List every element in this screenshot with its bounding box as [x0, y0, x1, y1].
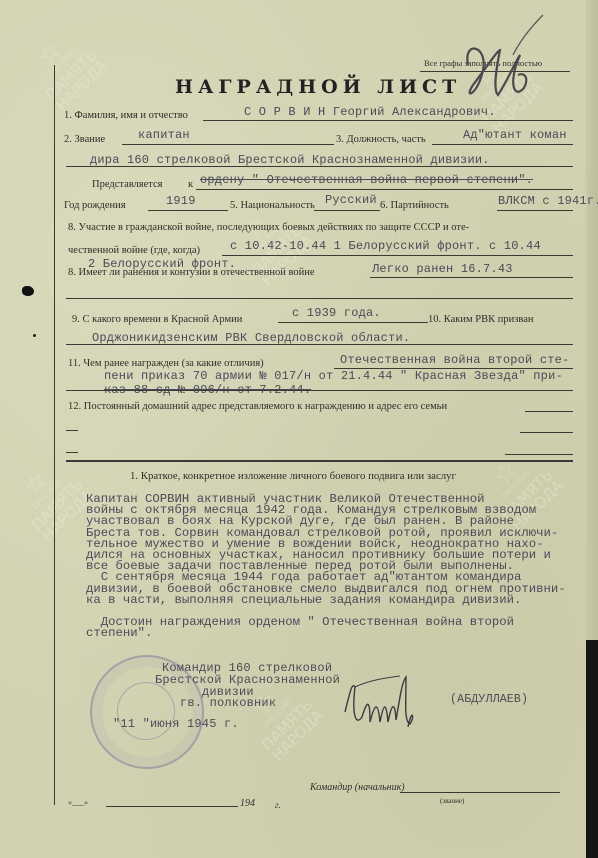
field-label-home-address: 12. Постоянный домашний адрес представля… — [68, 401, 447, 412]
footer-rank-caption: (звание) — [440, 797, 464, 805]
field-value-nationality: Русский — [325, 193, 377, 207]
footer-date-prefix: «___» — [68, 798, 88, 807]
signatory-name: (АБДУЛЛАЕВ) — [450, 693, 528, 706]
field-prefix-presented: к — [188, 179, 193, 190]
ink-blot — [22, 286, 34, 296]
signatory-rank: гв. полковник — [180, 696, 276, 710]
field-value-rank: капитан — [138, 128, 190, 142]
form-left-border — [54, 65, 55, 805]
feat-description: Капитан СОРВИН активный участник Великой… — [86, 494, 526, 640]
field-value-enlistment-office: Орджоникидзенским РВК Свердловской облас… — [92, 331, 410, 345]
footer-year-prefix: 194 — [240, 798, 255, 809]
signature-date-day: "11 " — [113, 717, 150, 731]
field-value-birth-year: 1919 — [166, 194, 196, 208]
field-label-name: 1. Фамилия, имя и отчество — [64, 110, 188, 121]
scan-background-edge — [586, 640, 598, 858]
field-value-previous-awards: Отечественная война второй сте- — [340, 353, 569, 367]
footer-year-suffix: г. — [275, 800, 281, 810]
field-label-presented: Представляется — [92, 179, 163, 190]
field-label-army-since: 9. С какого времени в Красной Армии — [72, 314, 242, 325]
field-value-position-cont: дира 160 стрелковой Брестской Краснознам… — [90, 153, 490, 167]
field-value-wounds: Легко ранен 16.7.43 — [372, 262, 513, 276]
field-value-presented: ордену " Отечественная война первой степ… — [200, 173, 533, 187]
footer-commander-label: Командир (начальник) — [310, 782, 405, 793]
field-label-previous-awards: 11. Чем ранее награжден (за какие отличи… — [68, 358, 264, 369]
field-value-army-since: с 1939 года. — [292, 306, 381, 320]
field-label-enlistment-office: 10. Каким РВК призван — [428, 314, 533, 325]
field-value-war-participation: с 10.42-10.44 1 Белорусский фронт. с 10.… — [230, 239, 541, 253]
field-value-previous-awards-line2: пени приказ 70 армии № 017/н от 21.4.44 … — [104, 369, 563, 383]
field-label-position: 3. Должность, часть — [336, 134, 426, 145]
field-label-nationality: 5. Национальность — [230, 200, 315, 211]
field-label-birth-year: Год рождения — [64, 200, 126, 211]
page-edge-shadow — [586, 0, 598, 640]
field-label-rank: 2. Звание — [64, 134, 105, 145]
field-label-war-participation-cont: чественной войне (где, когда) — [68, 245, 200, 256]
header-note: Все графы заполнять полностью — [424, 58, 542, 68]
page-title: НАГРАДНОЙ ЛИСТ — [175, 76, 461, 98]
field-label-war-participation: 8. Участие в гражданской войне, последую… — [68, 222, 469, 233]
field-value-name: С О Р В И Н Георгий Александрович. — [244, 105, 496, 119]
field-value-party: ВЛКСМ с 1941г. — [498, 194, 598, 208]
ink-dot — [33, 334, 36, 337]
field-value-position: Ад"ютант коман — [463, 128, 567, 142]
section-heading-feat: 1. Краткое, конкретное изложение личного… — [130, 470, 456, 482]
field-label-wounds: 8. Имеет ли ранения и контузии в отечест… — [68, 267, 314, 278]
field-label-party: 6. Партийность — [380, 200, 449, 211]
signature-date: июня 1945 г. — [150, 717, 239, 731]
